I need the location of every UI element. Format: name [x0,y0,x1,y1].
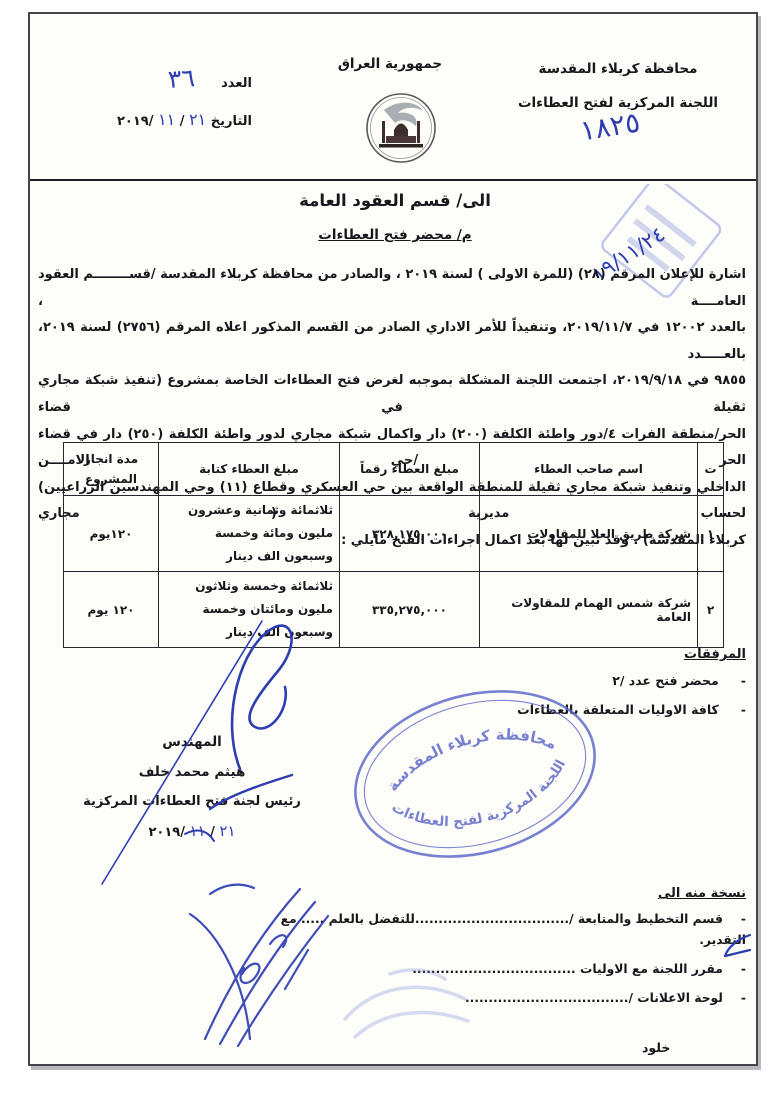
bullet-dash: - [741,700,746,720]
signer-title: رئيس لجنة فتح العطاءات المركزية [52,794,332,809]
country-name: جمهورية العراق [285,56,495,72]
svg-text:اللجنة المركزية لفتح العطاءات: اللجنة المركزية لفتح العطاءات [386,754,579,849]
bullet-dash: - [741,959,746,980]
body-line: ٩٨٥٥ في ٢٠١٩/٩/١٨، اجتمعت اللجنة المشكلة… [38,368,746,421]
attachment-item: -كافة الاوليات المتعلقة بالعطاءات [426,700,746,720]
tender-table: ت اسم صاحب العطاء مبلغ العطاء رقماً مبلغ… [63,442,724,648]
date-separator: / [180,114,185,129]
attachment-text: محضر فتح عدد /٢ [612,673,719,688]
date-separator: / [149,114,154,129]
col-header-bidder-name: اسم صاحب العطاء [480,443,698,496]
bullet-dash: - [741,988,746,1009]
number-label: العدد [221,76,252,91]
col-header-duration: مدة انجاز المشروع [64,443,159,496]
signer-name: هيثم محمد خلف [52,764,332,780]
bullet-dash: - [741,909,746,930]
subject-line: م/ محضر فتح العطاءات [220,227,570,243]
svg-text:محافظة كربلاء المقدسة: محافظة كربلاء المقدسة [375,708,563,798]
row-amount-words: ثلاثمائة وخمسة وثلاثون مليون ومائتان وخم… [159,572,340,648]
row-serial: ٢ [698,572,724,648]
doc-number-line: العدد ٣٦ [90,64,252,93]
date-label: التاريخ [211,114,252,129]
copy-text: لوحة الاعلانات /........................… [465,991,723,1005]
date-day-handwritten: ٢١ [189,110,206,129]
row-serial: ١ [698,496,724,572]
shrine-emblem-logo [364,90,438,166]
row-bidder-name: شركة شمس الهمام للمقاولات العامة [480,572,698,648]
signer-honorific: المهندس [52,734,332,750]
stamp-text-top: محافظة كربلاء المقدسة [375,708,563,798]
number-value-handwritten: ٣٦ [167,63,196,94]
table-row: ٢ شركة شمس الهمام للمقاولات العامة ٣٣٥,٢… [64,572,724,648]
org-name: محافظة كربلاء المقدسة [488,52,748,86]
bullet-dash: - [741,671,746,691]
stamp-text-bottom: اللجنة المركزية لفتح العطاءات [386,754,579,849]
col-header-amount-words: مبلغ العطاء كتابة [159,443,340,496]
doc-date-line: التاريخ ٢١ / ١١ /٢٠١٩ [48,110,252,129]
date-separator: / [180,825,185,840]
shrine-logo-icon [364,90,438,166]
row-amount-numeric: ٣٢٨,١٧٥,٠٠٠ [340,496,480,572]
row-amount-numeric: ٣٣٥,٢٧٥,٠٠٠ [340,572,480,648]
sig-date-month-handwritten: ١١ [189,822,205,840]
row-duration: ١٢٠يوم [64,496,159,572]
copies-title: نسخة منه الى [658,886,746,901]
sig-date-day-handwritten: ٢١ [219,822,235,840]
page-title: الى/ قسم العقود العامة [220,191,570,210]
attachments-section: المرفقات -محضر فتح عدد /٢ -كافة الاوليات… [426,646,746,720]
col-header-serial: ت [698,443,724,496]
document-page: محافظة كربلاء المقدسة اللجنة المركزية لف… [28,12,758,1066]
date-year: ٢٠١٩ [117,114,149,129]
scanned-document: { "doc": { "header": { "org_line1": "محا… [0,0,780,1102]
col-header-amount-numeric: مبلغ العطاء رقماً [340,443,480,496]
copy-item: -قسم التخطيط والمتابعة /................… [266,909,746,951]
date-separator: / [210,825,215,840]
body-line: بالعدد ١٢٠٠٢ في ٢٠١٩/١١/٧، وتنفيذاً للأم… [38,315,746,368]
copy-item: -لوحة الاعلانات /.......................… [266,988,746,1009]
table-header-row: ت اسم صاحب العطاء مبلغ العطاء رقماً مبلغ… [64,443,724,496]
row-amount-words: ثلاثمائة وثمانية وعشرون مليون ومائة وخمس… [159,496,340,572]
copies-section: نسخة منه الى -قسم التخطيط والمتابعة /...… [266,886,746,1009]
row-bidder-name: شركة طريق العلا للمقاولات [480,496,698,572]
date-month-handwritten: ١١ [158,110,175,129]
sig-date-year: ٢٠١٩ [148,825,180,840]
signature-block: المهندس هيثم محمد خلف رئيس لجنة فتح العط… [52,734,332,840]
copy-item: -مقرر اللجنة مع الاوليات ...............… [266,959,746,980]
attachments-title: المرفقات [684,647,746,662]
table-row: ١ شركة طريق العلا للمقاولات ٣٢٨,١٧٥,٠٠٠ … [64,496,724,572]
copy-text: قسم التخطيط والمتابعة /.................… [281,912,746,947]
signature-date-line: ٢١ / ١١ /٢٠١٩ [52,822,332,840]
attachment-item: -محضر فتح عدد /٢ [426,671,746,691]
copy-text: مقرر اللجنة مع الاوليات ................… [412,962,723,976]
title-block: الى/ قسم العقود العامة م/ محضر فتح العطا… [220,191,570,243]
body-line: اشارة للإعلان المرقم (٢٨) (للمرة الاولى … [38,262,746,315]
row-duration: ١٢٠ يوم [64,572,159,648]
attachment-text: كافة الاوليات المتعلقة بالعطاءات [517,702,719,717]
header-divider-line [30,179,756,181]
typist-name: خلود [642,1040,670,1055]
